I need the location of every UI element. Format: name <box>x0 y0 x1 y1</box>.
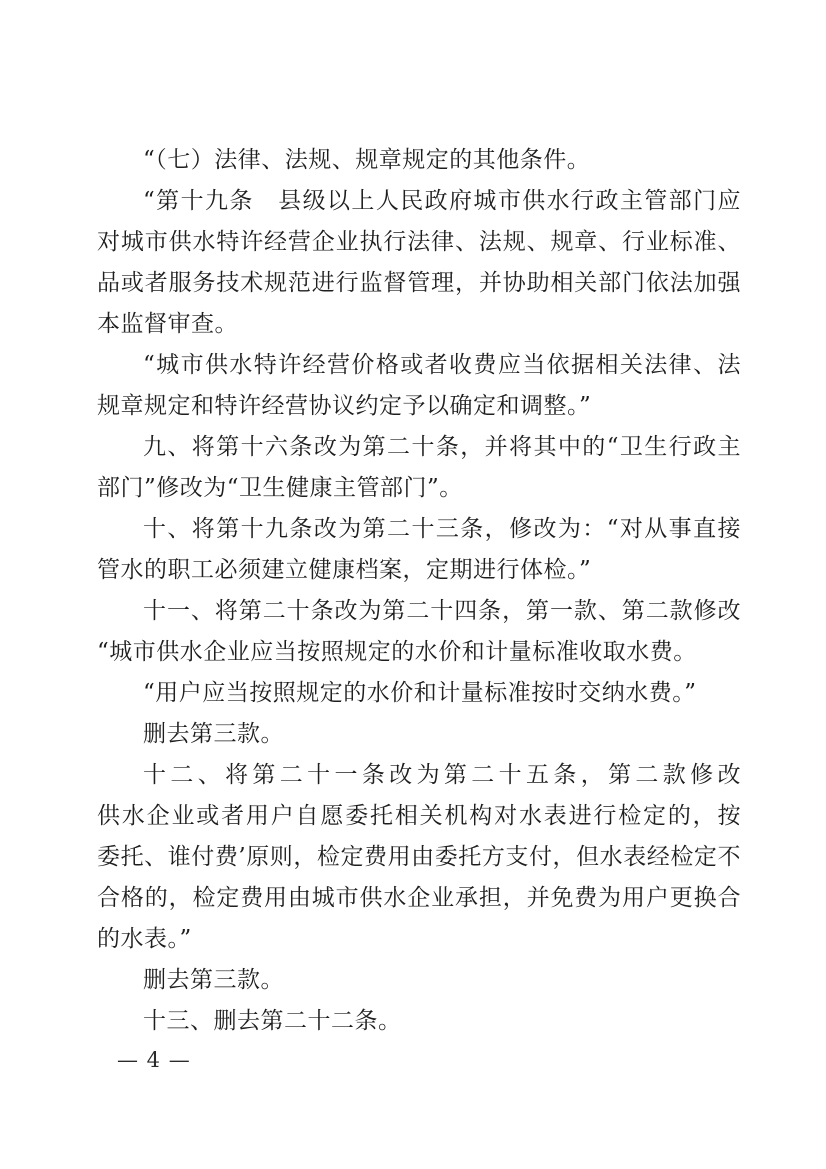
text-line: 部门”修改为“卫生健康主管部门”。 <box>97 468 741 509</box>
document-page: “（七）法律、法规、规章规定的其他条件。 “第十九条 县级以上人民政府城市供水行… <box>0 0 826 1169</box>
text-line: 十三、删去第二十二条。 <box>97 1001 741 1042</box>
text-line: 品或者服务技术规范进行监督管理，并协助相关部门依法加强成 <box>97 263 741 304</box>
text-line: 本监督审查。 <box>97 304 741 345</box>
text-line: 供水企业或者用户自愿委托相关机构对水表进行检定的，按照‘谁 <box>97 796 741 837</box>
text-line: “（七）法律、法规、规章规定的其他条件。 <box>97 140 741 181</box>
text-line: 十二、将第二十一条改为第二十五条，第二款修改为：“城市 <box>97 755 741 796</box>
text-line: “用户应当按照规定的水价和计量标准按时交纳水费。” <box>97 673 741 714</box>
text-line: 九、将第十六条改为第二十条，并将其中的“卫生行政主管 <box>97 427 741 468</box>
text-line: 合格的，检定费用由城市供水企业承担，并免费为用户更换合格 <box>97 878 741 919</box>
text-line: 规章规定和特许经营协议约定予以确定和调整。” <box>97 386 741 427</box>
page-number: — 4 — <box>117 1046 191 1074</box>
text-line: 委托、谁付费’原则，检定费用由委托方支付，但水表经检定不 <box>97 837 741 878</box>
text-line: “城市供水特许经营价格或者收费应当依据相关法律、法规、 <box>97 345 741 386</box>
text-line: “城市供水企业应当按照规定的水价和计量标准收取水费。 <box>97 632 741 673</box>
text-line: 管水的职工必须建立健康档案，定期进行体检。” <box>97 550 741 591</box>
text-line: 删去第三款。 <box>97 714 741 755</box>
document-body: “（七）法律、法规、规章规定的其他条件。 “第十九条 县级以上人民政府城市供水行… <box>97 140 741 1042</box>
text-line: 对城市供水特许经营企业执行法律、法规、规章、行业标准、产 <box>97 222 741 263</box>
text-line: 十、将第十九条改为第二十三条，修改为：“对从事直接供水、 <box>97 509 741 550</box>
text-line: 删去第三款。 <box>97 960 741 1001</box>
text-line: 的水表。” <box>97 919 741 960</box>
text-line: 十一、将第二十条改为第二十四条，第一款、第二款修改为： <box>97 591 741 632</box>
text-line: “第十九条 县级以上人民政府城市供水行政主管部门应当 <box>97 181 741 222</box>
